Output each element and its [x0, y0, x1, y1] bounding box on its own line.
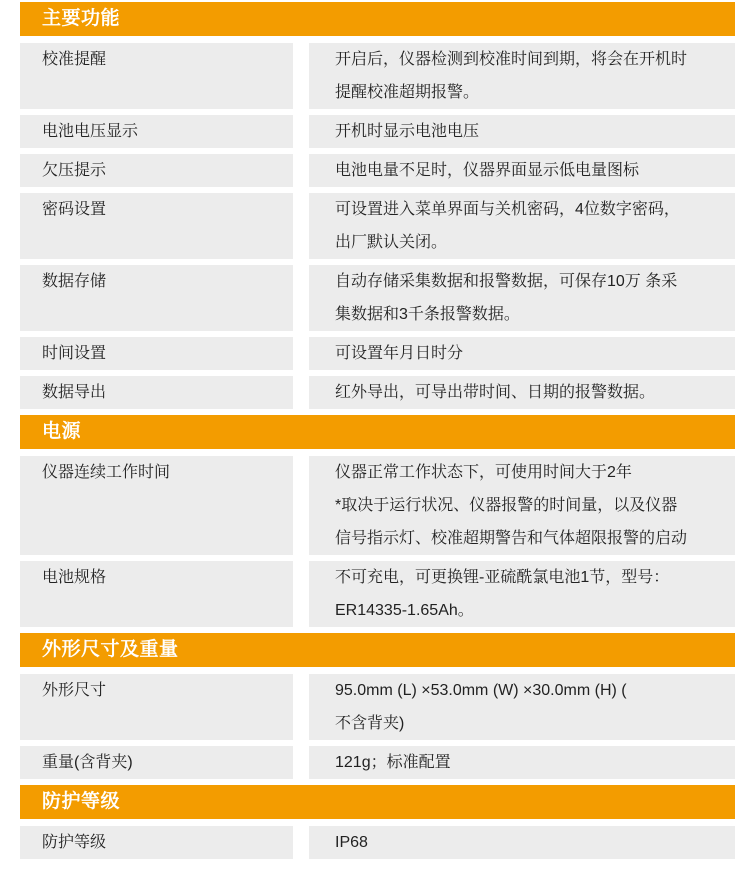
spec-value: 可设置进入菜单界面与关机密码，4位数字密码， 出厂默认关闭。 [309, 193, 735, 259]
section-dimensions-weight: 外形尺寸及重量 外形尺寸 95.0mm (L) ×53.0mm (W) ×30.… [20, 633, 735, 779]
spec-row: 欠压提示 电池电量不足时，仪器界面显示低电量图标 [20, 154, 735, 187]
spec-label: 密码设置 [20, 193, 293, 259]
spec-row: 密码设置 可设置进入菜单界面与关机密码，4位数字密码， 出厂默认关闭。 [20, 193, 735, 259]
spec-label: 电池规格 [20, 561, 293, 627]
spec-row: 校准提醒 开启后，仪器检测到校准时间到期，将会在开机时 提醒校准超期报警。 [20, 43, 735, 109]
spec-value: 自动存储采集数据和报警数据，可保存10万 条采 集数据和3千条报警数据。 [309, 265, 735, 331]
section-header-dimensions-weight: 外形尺寸及重量 [20, 633, 735, 667]
spec-value: 仪器正常工作状态下，可使用时间大于2年 *取决于运行状况、仪器报警的时间量，以及… [309, 456, 735, 555]
spec-label: 数据存储 [20, 265, 293, 331]
spec-row: 仪器连续工作时间 仪器正常工作状态下，可使用时间大于2年 *取决于运行状况、仪器… [20, 456, 735, 555]
spec-value: 开机时显示电池电压 [309, 115, 735, 148]
spec-value: IP68 [309, 826, 735, 859]
spec-label: 防护等级 [20, 826, 293, 859]
spec-value: 95.0mm (L) ×53.0mm (W) ×30.0mm (H) ( 不含背… [309, 674, 735, 740]
spec-row: 数据存储 自动存储采集数据和报警数据，可保存10万 条采 集数据和3千条报警数据… [20, 265, 735, 331]
spec-label: 校准提醒 [20, 43, 293, 109]
spec-value: 开启后，仪器检测到校准时间到期，将会在开机时 提醒校准超期报警。 [309, 43, 735, 109]
spec-label: 重量(含背夹) [20, 746, 293, 779]
spec-value: 红外导出，可导出带时间、日期的报警数据。 [309, 376, 735, 409]
spec-label: 时间设置 [20, 337, 293, 370]
spec-row: 防护等级 IP68 [20, 826, 735, 859]
section-main-functions: 主要功能 校准提醒 开启后，仪器检测到校准时间到期，将会在开机时 提醒校准超期报… [20, 2, 735, 409]
section-protection-rating: 防护等级 防护等级 IP68 [20, 785, 735, 859]
spec-row: 电池电压显示 开机时显示电池电压 [20, 115, 735, 148]
spec-row: 重量(含背夹) 121g；标准配置 [20, 746, 735, 779]
spec-value: 电池电量不足时，仪器界面显示低电量图标 [309, 154, 735, 187]
spec-row: 时间设置 可设置年月日时分 [20, 337, 735, 370]
spec-label: 数据导出 [20, 376, 293, 409]
section-header-protection-rating: 防护等级 [20, 785, 735, 819]
section-power: 电源 仪器连续工作时间 仪器正常工作状态下，可使用时间大于2年 *取决于运行状况… [20, 415, 735, 627]
section-header-power: 电源 [20, 415, 735, 449]
spec-sheet: 主要功能 校准提醒 开启后，仪器检测到校准时间到期，将会在开机时 提醒校准超期报… [0, 0, 750, 859]
spec-value: 可设置年月日时分 [309, 337, 735, 370]
spec-label: 外形尺寸 [20, 674, 293, 740]
spec-row: 数据导出 红外导出，可导出带时间、日期的报警数据。 [20, 376, 735, 409]
spec-row: 电池规格 不可充电，可更换锂-亚硫酰氯电池1节，型号： ER14335-1.65… [20, 561, 735, 627]
spec-label: 仪器连续工作时间 [20, 456, 293, 555]
spec-label: 欠压提示 [20, 154, 293, 187]
spec-value: 121g；标准配置 [309, 746, 735, 779]
spec-value: 不可充电，可更换锂-亚硫酰氯电池1节，型号： ER14335-1.65Ah。 [309, 561, 735, 627]
spec-row: 外形尺寸 95.0mm (L) ×53.0mm (W) ×30.0mm (H) … [20, 674, 735, 740]
section-header-main-functions: 主要功能 [20, 2, 735, 36]
spec-label: 电池电压显示 [20, 115, 293, 148]
